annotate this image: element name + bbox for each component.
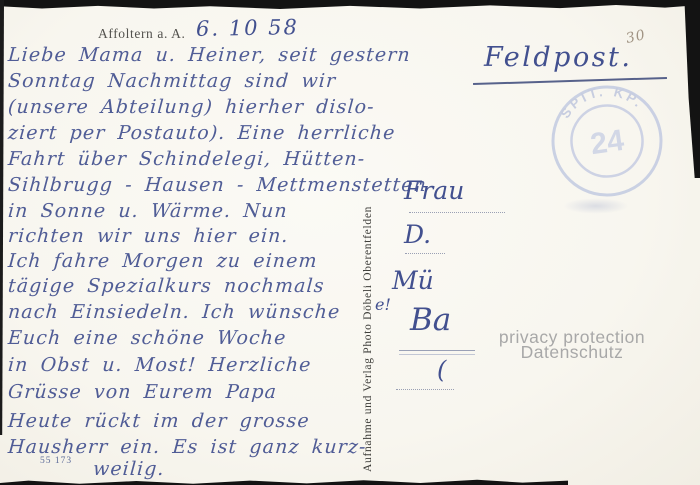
printed-location-caption: Affoltern a. A. [98,26,185,42]
message-line: Liebe Mama u. Heiner, seit gestern [7,44,411,66]
scan-edge-bottom [0,477,568,485]
address-dotted-line [396,389,454,390]
stray-ink-mark: e! [375,295,391,314]
message-line: richten wir uns hier ein. [7,225,289,247]
message-line: Heute rückt im der grosse [7,410,310,432]
postmark-center-number: 24 [588,124,626,161]
postmark-arc-text: SPIT. KP. [554,78,648,122]
message-line: Grüsse von Eurem Papa [7,381,278,403]
address-line: D. [404,220,431,249]
address-underline [399,350,475,355]
message-line: Fahrt über Schindelegi, Hütten- [7,148,366,170]
scan-edge-right [681,0,700,178]
message-line: in Sonne u. Wärme. Nun [7,200,288,222]
scan-edge-left [0,0,4,435]
scan-edge-top [0,0,700,9]
postmark-stamp: SPIT. KP. 24 [540,74,673,207]
message-line: Hausherr ein. Es ist ganz kurz- [7,436,367,458]
address-line: Ba [410,302,451,338]
handwritten-date: 6. 10 58 [196,15,299,41]
privacy-watermark: privacy protection Datenschutz [470,330,674,360]
postmark-smudge [563,198,629,214]
message-line: Euch eine schöne Woche [7,327,287,349]
message-line: nach Einsiedeln. Ich wünsche [7,301,341,323]
postcard-scan: Affoltern a. A. 6. 10 58 30 Liebe Mama u… [0,0,700,485]
address-line: Frau [404,176,464,205]
address-dotted-line [405,253,445,254]
message-line: Sonntag Nachmittag sind wir [7,70,337,92]
message-line: ziert per Postauto). Eine herrliche [7,122,396,144]
privacy-watermark-line2: Datenschutz [470,345,674,360]
address-dotted-line [409,212,505,213]
address-line: Mü [392,266,434,295]
message-line: weilig. [92,458,165,480]
message-line: in Obst u. Most! Herzliche [7,354,312,376]
address-line: ( [437,356,446,384]
publisher-imprint: Aufnahme und Verlag Photo Döbeli Oberent… [362,160,374,472]
svg-text:SPIT. KP.: SPIT. KP. [554,78,648,122]
message-line: Ich fahre Morgen zu einem [7,250,318,272]
feldpost-label: Feldpost. [484,42,632,73]
message-line: tägige Spezialkurs nochmals [7,275,325,297]
message-line: (unsere Abteilung) hierher dislo- [7,96,375,118]
catalog-number: 55 173 [40,456,72,466]
